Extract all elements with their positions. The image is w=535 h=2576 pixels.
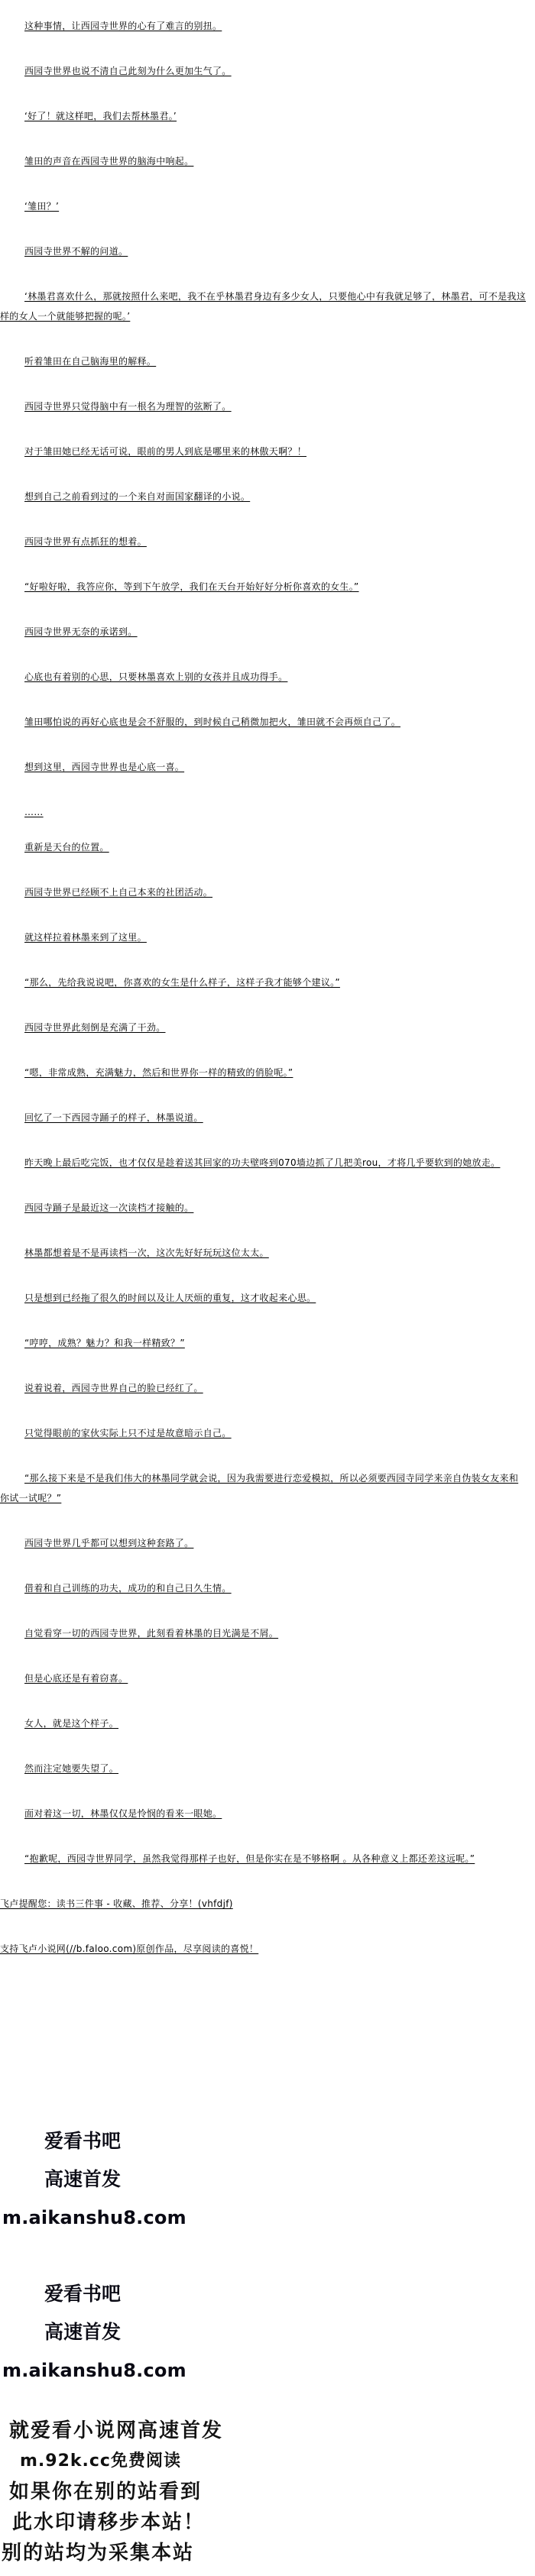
watermark-url: m.aikanshu8.com — [0, 2206, 199, 2229]
paragraph: 西园寺世界有点抓狂的想着。 — [0, 532, 527, 552]
paragraph: 心底也有着别的心思，只要林墨喜欢上别的女孩并且成功得手。 — [0, 667, 527, 687]
paragraph: “嗯，非常成熟，充满魅力，然后和世界你一样的精致的俏脸呢。” — [0, 1063, 527, 1083]
paragraph: 想到自己之前看到过的一个来自对面国家翻译的小说。 — [0, 487, 527, 506]
paragraph: 自觉看穿一切的西园寺世界，此刻看着林墨的目光满是不屑。 — [0, 1623, 527, 1643]
paragraph: 西园寺世界不解的问道。 — [0, 241, 527, 261]
paragraph: ‘好了！就这样吧，我们去帮林墨君。’ — [0, 106, 527, 126]
paragraph: 西园寺世界无奈的承诺到。 — [0, 622, 527, 642]
watermark-slogan: 高速首发 — [0, 2168, 199, 2206]
watermark-line: 别的站均为采集本站 — [0, 2538, 267, 2568]
paragraph: ‘雏田？’ — [0, 196, 527, 216]
paragraph: 对于雏田她已经无话可说，眼前的男人到底是哪里来的林傲天啊？！ — [0, 442, 527, 461]
paragraph: 说着说着，西园寺世界自己的脸已经红了。 — [0, 1378, 527, 1398]
paragraph: 面对着这一切，林墨仅仅是怜悯的看来一眼她。 — [0, 1804, 527, 1824]
paragraph: “那么接下来是不是我们伟大的林墨同学就会说，因为我需要进行恋爱模拟，所以必须要西… — [0, 1468, 527, 1508]
paragraph: 然而注定她要失望了。 — [0, 1759, 527, 1778]
paragraph: “那么，先给我说说吧，你喜欢的女生是什么样子，这样子我才能够个建议。” — [0, 972, 527, 992]
paragraph: 只觉得眼前的家伙实际上只不过是故意暗示自己。 — [0, 1423, 527, 1443]
paragraph: 雏田的声音在西园寺世界的脑海中响起。 — [0, 151, 527, 171]
paragraph: 重新是天台的位置。 — [0, 837, 527, 857]
paragraph: 西园寺世界已经顾不上自己本来的社团活动。 — [0, 882, 527, 902]
paragraph: 西园寺世界只觉得脑中有一根名为理智的弦断了。 — [0, 396, 527, 416]
watermark-brand: 爱看书吧 — [0, 2130, 199, 2168]
92k-watermark: 就爱看小说网高速首发 m.92k.cc免费阅读 如果你在别的站看到 此水印请移步… — [0, 2416, 267, 2568]
paragraph: “哼哼，成熟？魅力？和我一样精致？” — [0, 1333, 527, 1353]
watermark-slogan: 高速首发 — [0, 2321, 199, 2359]
paragraph: 回忆了一下西园寺踊子的样子，林墨说道。 — [0, 1108, 527, 1128]
watermark-line: 就爱看小说网高速首发 — [0, 2416, 267, 2446]
aikanshu-watermark-2: 爱看书吧 高速首发 m.aikanshu8.com — [0, 2283, 199, 2382]
watermark-line: 如果你在别的站看到 — [0, 2477, 267, 2507]
paragraph: 西园寺踊子是最近这一次读档才接触的。 — [0, 1198, 527, 1218]
paragraph: 西园寺世界也说不清自己此刻为什么更加生气了。 — [0, 61, 527, 81]
paragraph: 但是心底还是有着窃喜。 — [0, 1668, 527, 1688]
paragraph: “抱歉呢，西园寺世界同学，虽然我觉得那样子也好，但是你实在是不够格啊 。从各种意… — [0, 1849, 527, 1869]
chapter-body: 这种事情，让西园寺世界的心有了难言的别扭。 西园寺世界也说不清自己此刻为什么更加… — [0, 0, 535, 1959]
watermark-line: 此水印请移步本站！ — [0, 2507, 267, 2538]
watermark-brand: 爱看书吧 — [0, 2283, 199, 2321]
paragraph: ‘林墨君喜欢什么，那就按照什么来吧，我不在乎林墨君身边有多少女人，只要他心中有我… — [0, 286, 527, 326]
paragraph: 就这样拉着林墨来到了这里。 — [0, 927, 527, 947]
paragraph: 西园寺世界此刻倒是充满了干劲。 — [0, 1018, 527, 1037]
watermark-url: m.92k.cc免费阅读 — [0, 2446, 267, 2477]
paragraph: 听着雏田在自己脑海里的解释。 — [0, 351, 527, 371]
paragraph: 林墨都想着是不是再读档一次，这次先好好玩玩这位太太。 — [0, 1243, 527, 1263]
paragraph: 西园寺世界几乎都可以想到这种套路了。 — [0, 1533, 527, 1553]
paragraph: 只是想到已经拖了很久的时间以及让人厌烦的重复，这才收起来心思。 — [0, 1288, 527, 1308]
faloo-reminder-notice: 飞卢提醒您：读书三件事 - 收藏、推荐、分享！(vhfdjf) — [0, 1894, 527, 1914]
aikanshu-watermark-1: 爱看书吧 高速首发 m.aikanshu8.com — [0, 2130, 199, 2229]
paragraph: 昨天晚上最后吃完饭，也才仅仅是趁着送其回家的功夫壁咚到070墙边抓了几把美rou… — [0, 1153, 527, 1173]
paragraph: 这种事情，让西园寺世界的心有了难言的别扭。 — [0, 16, 527, 36]
paragraph: “好啦好啦，我答应你，等到下午放学，我们在天台开始好好分析你喜欢的女生。” — [0, 577, 527, 597]
paragraph: 雏田哪怕说的再好心底也是会不舒服的，到时候自己稍微加把火，雏田就不会再烦自己了。 — [0, 712, 527, 732]
faloo-support-link[interactable]: 支持飞卢小说网(//b.faloo.com)原创作品，尽享阅读的喜悦！ — [0, 1939, 527, 1959]
paragraph: 借着和自己训练的功夫，成功的和自己日久生情。 — [0, 1578, 527, 1598]
watermark-url: m.aikanshu8.com — [0, 2359, 199, 2382]
paragraph-ellipsis: …… — [0, 802, 527, 822]
paragraph: 想到这里，西园寺世界也是心底一喜。 — [0, 757, 527, 777]
paragraph: 女人，就是这个样子。 — [0, 1714, 527, 1733]
